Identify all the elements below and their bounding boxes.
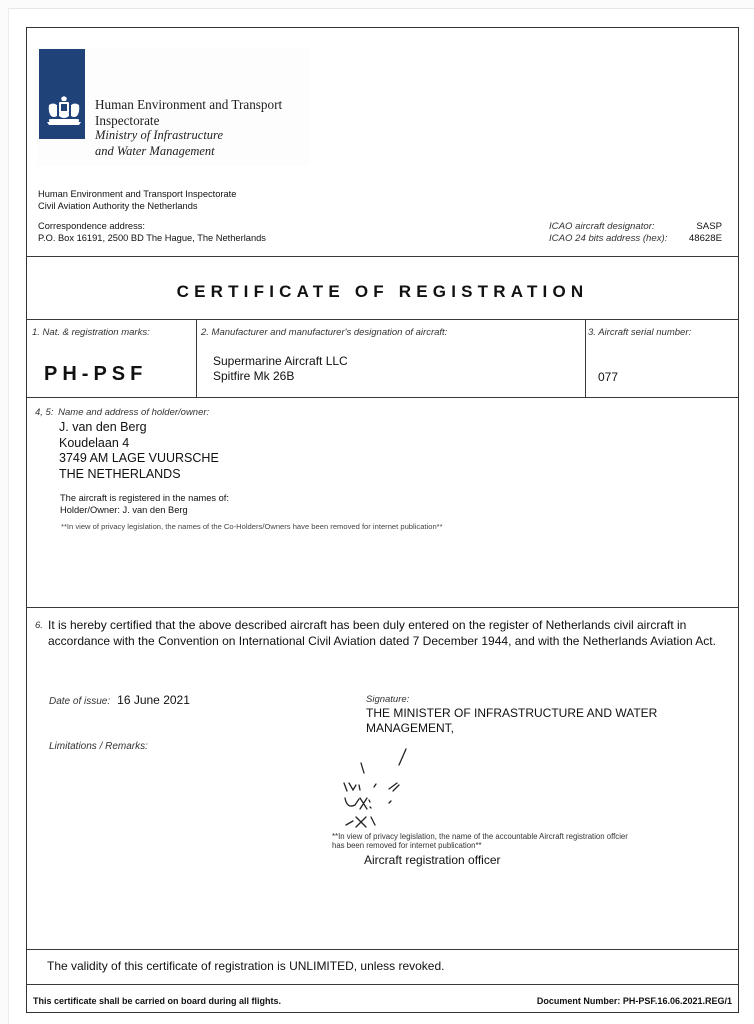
owner-city: 3749 AM LAGE VUURSCHE bbox=[59, 451, 219, 467]
officer-title: Aircraft registration officer bbox=[364, 853, 501, 867]
date-of-issue-value: 16 June 2021 bbox=[117, 693, 190, 707]
authority-block: Human Environment and Transport Inspecto… bbox=[38, 189, 266, 244]
divider bbox=[27, 607, 738, 608]
manufacturer-value: Supermarine Aircraft LLC bbox=[213, 354, 348, 369]
registered-names-label: The aircraft is registered in the names … bbox=[60, 493, 229, 505]
officer-privacy-note-line-2: has been removed for internet publicatio… bbox=[332, 842, 628, 851]
divider bbox=[27, 984, 738, 985]
signature-label: Signature: bbox=[366, 694, 409, 705]
divider bbox=[27, 949, 738, 950]
officer-privacy-note: **In view of privacy legislation, the na… bbox=[332, 833, 628, 850]
logo-text: Human Environment and Transport Inspecto… bbox=[95, 97, 282, 159]
limitations-label: Limitations / Remarks: bbox=[49, 741, 148, 752]
correspondence-address: P.O. Box 16191, 2500 BD The Hague, The N… bbox=[38, 233, 266, 245]
holder-line: Holder/Owner: J. van den Berg bbox=[60, 505, 229, 517]
co-owner-privacy-note: **In view of privacy legislation, the na… bbox=[61, 522, 443, 531]
icao-designator-label: ICAO aircraft designator: bbox=[549, 221, 682, 233]
manufacturer-block: Supermarine Aircraft LLC Spitfire Mk 26B bbox=[213, 354, 348, 384]
column-divider bbox=[196, 319, 197, 397]
certificate-title: CERTIFICATE OF REGISTRATION bbox=[27, 282, 738, 302]
logo-line-4: and Water Management bbox=[95, 144, 282, 160]
serial-label: 3. Aircraft serial number: bbox=[588, 327, 691, 338]
owner-label-row: 4, 5: Name and address of holder/owner: bbox=[35, 407, 209, 418]
logo-blue-bar bbox=[39, 49, 85, 139]
validity-statement: The validity of this certificate of regi… bbox=[47, 959, 444, 973]
inspectorate-logo: Human Environment and Transport Inspecto… bbox=[37, 48, 309, 166]
reg-marks-label: 1. Nat. & registration marks: bbox=[32, 327, 150, 338]
signatory-line-2: MANAGEMENT, bbox=[366, 721, 657, 736]
certificate-frame: Human Environment and Transport Inspecto… bbox=[26, 27, 739, 1013]
owner-label: Name and address of holder/owner: bbox=[58, 407, 209, 418]
owner-name: J. van den Berg bbox=[59, 420, 219, 436]
owner-address: J. van den Berg Koudelaan 4 3749 AM LAGE… bbox=[59, 420, 219, 482]
icao-address-value: 48628E bbox=[682, 233, 722, 245]
signatory: THE MINISTER OF INFRASTRUCTURE AND WATER… bbox=[366, 706, 657, 735]
manufacturer-label: 2. Manufacturer and manufacturer's desig… bbox=[201, 327, 447, 338]
certification-number: 6. bbox=[35, 620, 43, 631]
signatory-line-1: THE MINISTER OF INFRASTRUCTURE AND WATER bbox=[366, 706, 657, 721]
divider bbox=[27, 256, 738, 257]
registered-names: The aircraft is registered in the names … bbox=[60, 493, 229, 516]
owner-country: THE NETHERLANDS bbox=[59, 467, 219, 483]
logo-line-1: Human Environment and Transport bbox=[95, 97, 282, 113]
owner-street: Koudelaan 4 bbox=[59, 436, 219, 452]
date-of-issue-row: Date of issue: 16 June 2021 bbox=[49, 693, 190, 707]
icao-designator-value: SASP bbox=[682, 221, 722, 233]
icao-address-label: ICAO 24 bits address (hex): bbox=[549, 233, 682, 245]
icao-block: ICAO aircraft designator: SASP ICAO 24 b… bbox=[549, 221, 722, 245]
date-of-issue-label: Date of issue: bbox=[49, 696, 110, 707]
authority-subname: Civil Aviation Authority the Netherlands bbox=[38, 201, 266, 213]
designation-value: Spitfire Mk 26B bbox=[213, 369, 348, 384]
reg-marks-value: PH-PSF bbox=[44, 363, 147, 386]
carry-on-board-notice: This certificate shall be carried on boa… bbox=[33, 996, 281, 1006]
document-number: Document Number: PH-PSF.16.06.2021.REG/1 bbox=[537, 996, 732, 1006]
divider bbox=[27, 319, 738, 320]
logo-line-3: Ministry of Infrastructure bbox=[95, 128, 282, 144]
column-divider bbox=[585, 319, 586, 397]
divider bbox=[27, 397, 738, 398]
handwritten-signature-icon bbox=[341, 743, 441, 833]
certification-text: It is hereby certified that the above de… bbox=[48, 617, 738, 649]
dutch-royal-coat-of-arms-icon bbox=[45, 96, 83, 126]
correspondence-label: Correspondence address: bbox=[38, 221, 266, 233]
owner-label-number: 4, 5: bbox=[35, 407, 54, 418]
serial-value: 077 bbox=[598, 370, 618, 385]
authority-name: Human Environment and Transport Inspecto… bbox=[38, 189, 266, 201]
logo-line-2: Inspectorate bbox=[95, 113, 282, 129]
